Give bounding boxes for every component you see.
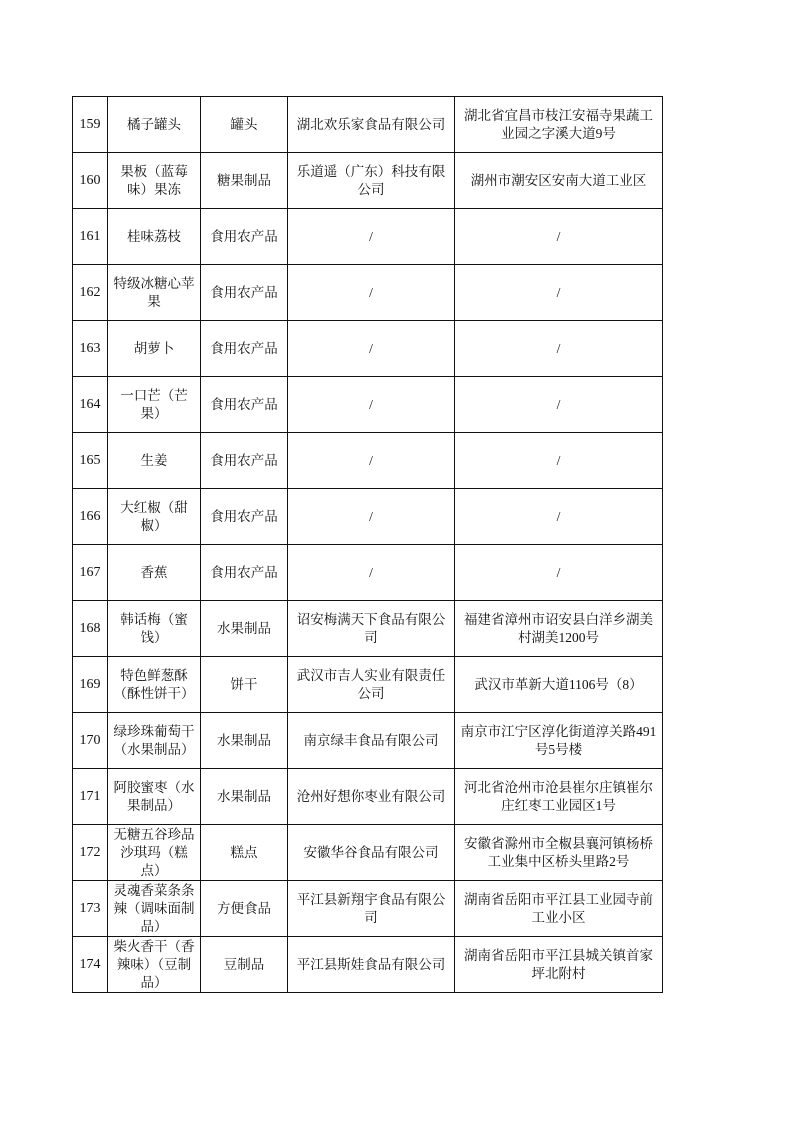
table-row: 171阿胶蜜枣（水果制品）水果制品沧州好想你枣业有限公司河北省沧州市沧县崔尔庄镇… [73, 769, 663, 825]
manufacturer-address-cell: / [455, 545, 663, 601]
product-name-cell: 胡萝卜 [108, 321, 201, 377]
product-name-cell: 香蕉 [108, 545, 201, 601]
row-number-cell: 164 [73, 377, 108, 433]
manufacturer-address-cell: 武汉市革新大道1106号（8） [455, 657, 663, 713]
manufacturer-name-cell: 沧州好想你枣业有限公司 [288, 769, 455, 825]
row-number-cell: 167 [73, 545, 108, 601]
food-category-cell: 糕点 [201, 825, 288, 881]
manufacturer-address-cell: 湖州市潮安区安南大道工业区 [455, 153, 663, 209]
table-row: 170绿珍珠葡萄干（水果制品）水果制品南京绿丰食品有限公司南京市江宁区淳化街道淳… [73, 713, 663, 769]
manufacturer-name-cell: 乐道遥（广东）科技有限公司 [288, 153, 455, 209]
table-row: 166大红椒（甜椒）食用农产品// [73, 489, 663, 545]
product-name-cell: 无糖五谷珍品沙琪玛（糕点） [108, 825, 201, 881]
manufacturer-name-cell: 平江县新翔宇食品有限公司 [288, 881, 455, 937]
table-row: 168韩话梅（蜜饯）水果制品诏安梅满天下食品有限公司福建省漳州市诏安县白洋乡湖美… [73, 601, 663, 657]
document-page: 159橘子罐头罐头湖北欢乐家食品有限公司湖北省宜昌市枝江安福寺果蔬工业园之字溪大… [0, 0, 793, 1122]
row-number-cell: 168 [73, 601, 108, 657]
product-name-cell: 特级冰糖心苹果 [108, 265, 201, 321]
manufacturer-address-cell: 南京市江宁区淳化街道淳关路491号5号楼 [455, 713, 663, 769]
food-category-cell: 豆制品 [201, 937, 288, 993]
food-category-cell: 食用农产品 [201, 321, 288, 377]
food-category-cell: 水果制品 [201, 713, 288, 769]
manufacturer-name-cell: / [288, 545, 455, 601]
food-category-cell: 饼干 [201, 657, 288, 713]
row-number-cell: 172 [73, 825, 108, 881]
manufacturer-name-cell: 武汉市吉人实业有限责任公司 [288, 657, 455, 713]
food-category-cell: 食用农产品 [201, 545, 288, 601]
row-number-cell: 170 [73, 713, 108, 769]
table-row: 162特级冰糖心苹果食用农产品// [73, 265, 663, 321]
food-category-cell: 食用农产品 [201, 209, 288, 265]
product-name-cell: 生姜 [108, 433, 201, 489]
product-name-cell: 阿胶蜜枣（水果制品） [108, 769, 201, 825]
table-row: 160果板（蓝莓味）果冻糖果制品乐道遥（广东）科技有限公司湖州市潮安区安南大道工… [73, 153, 663, 209]
table-row: 169特色鲜葱酥（酥性饼干）饼干武汉市吉人实业有限责任公司武汉市革新大道1106… [73, 657, 663, 713]
food-sampling-table: 159橘子罐头罐头湖北欢乐家食品有限公司湖北省宜昌市枝江安福寺果蔬工业园之字溪大… [72, 96, 663, 993]
table-row: 167香蕉食用农产品// [73, 545, 663, 601]
food-category-cell: 方便食品 [201, 881, 288, 937]
manufacturer-address-cell: 湖北省宜昌市枝江安福寺果蔬工业园之字溪大道9号 [455, 97, 663, 153]
table-row: 174柴火香干（香辣味）（豆制品）豆制品平江县斯娃食品有限公司湖南省岳阳市平江县… [73, 937, 663, 993]
food-category-cell: 食用农产品 [201, 489, 288, 545]
food-category-cell: 食用农产品 [201, 433, 288, 489]
product-name-cell: 桂味荔枝 [108, 209, 201, 265]
table-row: 159橘子罐头罐头湖北欢乐家食品有限公司湖北省宜昌市枝江安福寺果蔬工业园之字溪大… [73, 97, 663, 153]
manufacturer-address-cell: 河北省沧州市沧县崔尔庄镇崔尔庄红枣工业园区1号 [455, 769, 663, 825]
manufacturer-address-cell: / [455, 265, 663, 321]
row-number-cell: 173 [73, 881, 108, 937]
food-category-cell: 罐头 [201, 97, 288, 153]
food-category-cell: 食用农产品 [201, 377, 288, 433]
product-name-cell: 一口芒（芒果） [108, 377, 201, 433]
row-number-cell: 171 [73, 769, 108, 825]
row-number-cell: 166 [73, 489, 108, 545]
manufacturer-name-cell: 平江县斯娃食品有限公司 [288, 937, 455, 993]
manufacturer-address-cell: 安徽省滁州市全椒县襄河镇杨桥工业集中区桥头里路2号 [455, 825, 663, 881]
product-name-cell: 大红椒（甜椒） [108, 489, 201, 545]
table-row: 172无糖五谷珍品沙琪玛（糕点）糕点安徽华谷食品有限公司安徽省滁州市全椒县襄河镇… [73, 825, 663, 881]
table-row: 163胡萝卜食用农产品// [73, 321, 663, 377]
product-name-cell: 特色鲜葱酥（酥性饼干） [108, 657, 201, 713]
product-name-cell: 橘子罐头 [108, 97, 201, 153]
food-category-cell: 食用农产品 [201, 265, 288, 321]
food-category-cell: 糖果制品 [201, 153, 288, 209]
table-row: 173灵魂香菜条条辣（调味面制品）方便食品平江县新翔宇食品有限公司湖南省岳阳市平… [73, 881, 663, 937]
manufacturer-name-cell: / [288, 209, 455, 265]
row-number-cell: 162 [73, 265, 108, 321]
row-number-cell: 159 [73, 97, 108, 153]
row-number-cell: 169 [73, 657, 108, 713]
manufacturer-address-cell: 福建省漳州市诏安县白洋乡湖美村湖美1200号 [455, 601, 663, 657]
table-row: 161桂味荔枝食用农产品// [73, 209, 663, 265]
manufacturer-name-cell: 南京绿丰食品有限公司 [288, 713, 455, 769]
manufacturer-name-cell: 安徽华谷食品有限公司 [288, 825, 455, 881]
product-name-cell: 绿珍珠葡萄干（水果制品） [108, 713, 201, 769]
row-number-cell: 161 [73, 209, 108, 265]
manufacturer-address-cell: / [455, 433, 663, 489]
manufacturer-name-cell: / [288, 433, 455, 489]
table-row: 164一口芒（芒果）食用农产品// [73, 377, 663, 433]
manufacturer-name-cell: 诏安梅满天下食品有限公司 [288, 601, 455, 657]
manufacturer-address-cell: / [455, 209, 663, 265]
row-number-cell: 160 [73, 153, 108, 209]
row-number-cell: 174 [73, 937, 108, 993]
manufacturer-address-cell: / [455, 321, 663, 377]
manufacturer-name-cell: / [288, 265, 455, 321]
food-category-cell: 水果制品 [201, 769, 288, 825]
row-number-cell: 165 [73, 433, 108, 489]
manufacturer-address-cell: 湖南省岳阳市平江县城关镇首家坪北附村 [455, 937, 663, 993]
manufacturer-name-cell: / [288, 377, 455, 433]
product-name-cell: 果板（蓝莓味）果冻 [108, 153, 201, 209]
product-name-cell: 灵魂香菜条条辣（调味面制品） [108, 881, 201, 937]
manufacturer-name-cell: / [288, 321, 455, 377]
manufacturer-name-cell: 湖北欢乐家食品有限公司 [288, 97, 455, 153]
manufacturer-address-cell: / [455, 489, 663, 545]
table-row: 165生姜食用农产品// [73, 433, 663, 489]
manufacturer-name-cell: / [288, 489, 455, 545]
manufacturer-address-cell: 湖南省岳阳市平江县工业园寺前工业小区 [455, 881, 663, 937]
manufacturer-address-cell: / [455, 377, 663, 433]
product-name-cell: 柴火香干（香辣味）（豆制品） [108, 937, 201, 993]
row-number-cell: 163 [73, 321, 108, 377]
food-category-cell: 水果制品 [201, 601, 288, 657]
table-body: 159橘子罐头罐头湖北欢乐家食品有限公司湖北省宜昌市枝江安福寺果蔬工业园之字溪大… [73, 97, 663, 993]
product-name-cell: 韩话梅（蜜饯） [108, 601, 201, 657]
